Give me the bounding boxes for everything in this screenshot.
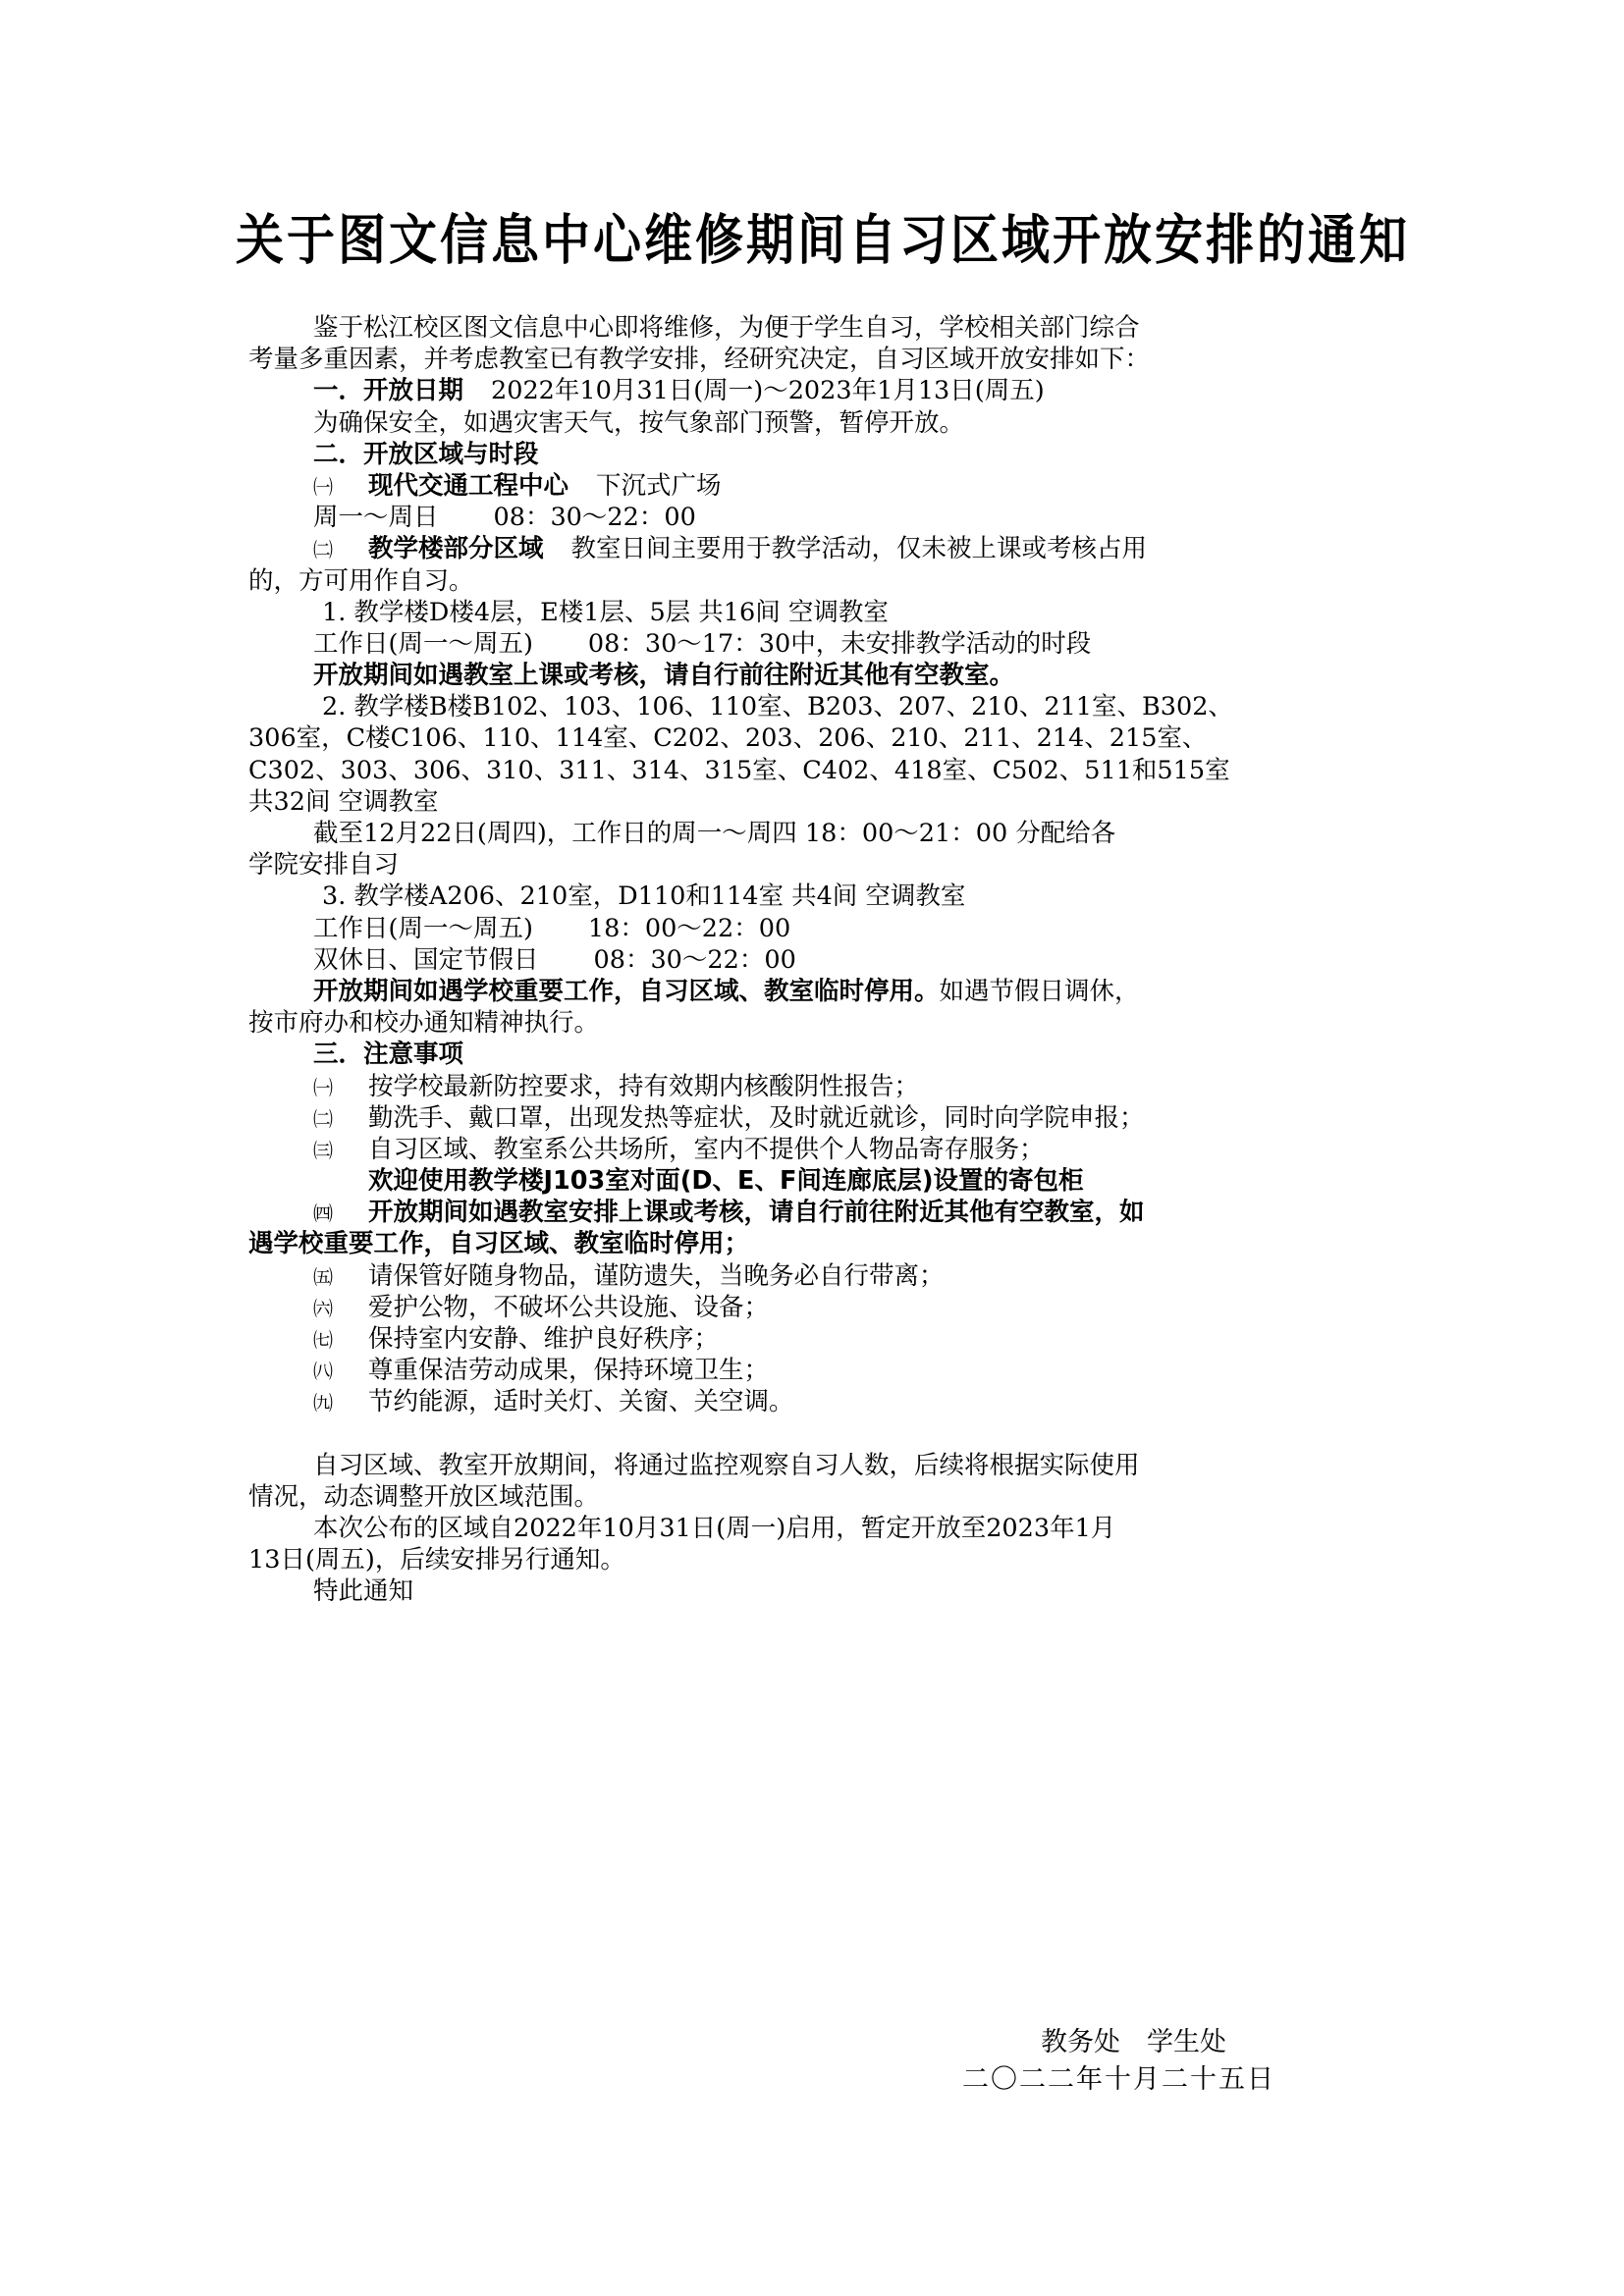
item3-weekday-line: 工作日(周一～周五)18：00～22：00	[248, 913, 1387, 944]
closing-para1-line2: 情况，动态调整开放区域范围。	[248, 1481, 1387, 1513]
part1-hours-line: 周一～周日08：30～22：00	[248, 502, 1387, 533]
signature-issuers: 教务处 学生处	[1041, 2024, 1226, 2061]
notice-item-4: ㈣开放期间如遇教室安排上课或考核，请自行前往附近其他有空教室，如	[248, 1197, 1387, 1228]
notice-item-4-marker: ㈣	[313, 1198, 368, 1229]
document-body: 鉴于松江校区图文信息中心即将维修，为便于学生自习，学校相关部门综合 考量多重因素…	[248, 312, 1387, 1608]
part2-heading-line: ㈡教学楼部分区域教室日间主要用于教学活动，仅未被上课或考核占用	[248, 533, 1387, 564]
document-title: 关于图文信息中心维修期间自习区域开放安排的通知	[236, 208, 1394, 274]
locker-note: 欢迎使用教学楼J103室对面(D、E、F间连廊底层)设置的寄包柜	[248, 1165, 1387, 1197]
notice-item-9-text: 节约能源，适时关灯、关窗、关空调。	[368, 1387, 794, 1416]
notice-item-3-text: 自习区域、教室系公共场所，室内不提供个人物品寄存服务；	[368, 1135, 1045, 1164]
item3-weekend-hours: 08：30～22：00	[594, 945, 796, 975]
section2-closing-line-2: 按市府办和校办通知精神执行。	[248, 1007, 1387, 1039]
notice-item-5: ㈤请保管好随身物品，谨防遗失，当晚务必自行带离；	[248, 1260, 1387, 1292]
notice-item-6-marker: ㈥	[313, 1293, 368, 1324]
closing-para2-line1: 本次公布的区域自2022年10月31日(周一)启用，暂定开放至2023年1月	[248, 1513, 1387, 1544]
notice-item-7: ㈦保持室内安静、维护良好秩序；	[248, 1323, 1387, 1355]
notice-item-2-text: 勤洗手、戴口罩，出现发热等症状，及时就近就诊，同时向学院申报；	[368, 1103, 1145, 1133]
part1-marker: ㈠	[313, 471, 368, 503]
part1-name: 现代交通工程中心	[368, 471, 568, 501]
section2-heading: 二．开放区域与时段	[248, 439, 1387, 470]
part1-location: 下沉式广场	[596, 471, 722, 501]
section2-closing-bold: 开放期间如遇学校重要工作，自习区域、教室临时停用。	[313, 977, 940, 1006]
notice-page: 关于图文信息中心维修期间自习区域开放安排的通知 鉴于松江校区图文信息中心即将维修…	[0, 0, 1624, 2296]
part2-marker: ㈡	[313, 534, 368, 565]
item1-line: 1. 教学楼D楼4层，E楼1层、5层 共16间 空调教室	[248, 597, 1387, 628]
item2-line-3: C302、303、306、310、311、314、315室、C402、418室、…	[248, 755, 1387, 786]
item1-hours-line: 工作日(周一～周五)08：30～17：30中，未安排教学活动的时段	[248, 628, 1387, 660]
notice-item-6: ㈥爱护公物，不破坏公共设施、设备；	[248, 1292, 1387, 1323]
section2-closing-line-1: 开放期间如遇学校重要工作，自习区域、教室临时停用。如遇节假日调休，	[248, 976, 1387, 1007]
section1-heading-line: 一．开放日期2022年10月31日(周一)～2023年1月13日(周五)	[248, 375, 1387, 406]
section3-heading: 三．注意事项	[248, 1039, 1387, 1070]
notice-item-7-marker: ㈦	[313, 1324, 368, 1356]
notice-item-9: ㈨节约能源，适时关灯、关窗、关空调。	[248, 1386, 1387, 1417]
notice-item-1: ㈠按学校最新防控要求，持有效期内核酸阴性报告；	[248, 1071, 1387, 1102]
section2-closing-rest: 如遇节假日调休，	[940, 977, 1140, 1006]
part1-hours: 08：30～22：00	[494, 503, 696, 532]
notice-item-9-marker: ㈨	[313, 1387, 368, 1418]
item3-weekend-label: 双休日、国定节假日	[313, 945, 539, 975]
part2-desc-2: 的，方可用作自习。	[248, 565, 1387, 597]
item3-line: 3. 教学楼A206、210室，D110和114室 共4间 空调教室	[248, 881, 1387, 912]
intro-line-2: 考量多重因素，并考虑教室已有教学安排，经研究决定，自习区域开放安排如下：	[248, 344, 1387, 375]
section1-heading: 一．开放日期	[313, 376, 463, 405]
item3-weekday-label: 工作日(周一～周五)	[313, 914, 533, 943]
item2-schedule-1: 截至12月22日(周四)，工作日的周一～周四 18：00～21：00 分配给各	[248, 818, 1387, 849]
notice-item-2: ㈡勤洗手、戴口罩，出现发热等症状，及时就近就诊，同时向学院申报；	[248, 1102, 1387, 1134]
weather-note: 为确保安全，如遇灾害天气，按气象部门预警，暂停开放。	[248, 407, 1387, 439]
notice-item-1-marker: ㈠	[313, 1072, 368, 1103]
notice-item-8: ㈧尊重保洁劳动成果，保持环境卫生；	[248, 1355, 1387, 1386]
notice-item-8-text: 尊重保洁劳动成果，保持环境卫生；	[368, 1356, 769, 1385]
part1-heading-line: ㈠现代交通工程中心下沉式广场	[248, 470, 1387, 502]
closing-para3: 特此通知	[248, 1575, 1387, 1607]
signature-date: 二〇二二年十月二十五日	[962, 2061, 1275, 2099]
item2-line-4: 共32间 空调教室	[248, 786, 1387, 818]
notice-item-4-text-1: 开放期间如遇教室安排上课或考核，请自行前往附近其他有空教室，如	[368, 1198, 1145, 1227]
notice-item-1-text: 按学校最新防控要求，持有效期内核酸阴性报告；	[368, 1072, 919, 1101]
paragraph-spacer	[248, 1418, 1387, 1450]
part2-name: 教学楼部分区域	[368, 534, 544, 563]
item3-weekday-hours: 18：00～22：00	[588, 914, 790, 943]
notice-item-2-marker: ㈡	[313, 1103, 368, 1135]
notice-item-7-text: 保持室内安静、维护良好秩序；	[368, 1324, 719, 1354]
item1-warning: 开放期间如遇教室上课或考核，请自行前往附近其他有空教室。	[248, 660, 1387, 691]
notice-item-3-marker: ㈢	[313, 1135, 368, 1166]
notice-item-3: ㈢自习区域、教室系公共场所，室内不提供个人物品寄存服务；	[248, 1134, 1387, 1165]
item2-line-1: 2. 教学楼B楼B102、103、106、110室、B203、207、210、2…	[248, 691, 1387, 722]
item3-weekend-line: 双休日、国定节假日08：30～22：00	[248, 944, 1387, 976]
item1-hours: 08：30～17：30中，未安排教学活动的时段	[588, 629, 1091, 659]
notice-item-5-marker: ㈤	[313, 1261, 368, 1293]
item1-days: 工作日(周一～周五)	[313, 629, 533, 659]
intro-line-1: 鉴于松江校区图文信息中心即将维修，为便于学生自习，学校相关部门综合	[248, 312, 1387, 344]
notice-item-4-text-2: 遇学校重要工作，自习区域、教室临时停用；	[248, 1228, 1387, 1259]
part1-days: 周一～周日	[313, 503, 439, 532]
item2-schedule-2: 学院安排自习	[248, 849, 1387, 881]
closing-para2-line2: 13日(周五)，后续安排另行通知。	[248, 1544, 1387, 1575]
notice-item-8-marker: ㈧	[313, 1356, 368, 1387]
open-dates: 2022年10月31日(周一)～2023年1月13日(周五)	[491, 376, 1045, 405]
part2-desc-1: 教室日间主要用于教学活动，仅未被上课或考核占用	[571, 534, 1148, 563]
closing-para1-line1: 自习区域、教室开放期间，将通过监控观察自习人数，后续将根据实际使用	[248, 1450, 1387, 1481]
notice-item-5-text: 请保管好随身物品，谨防遗失，当晚务必自行带离；	[368, 1261, 945, 1291]
item2-line-2: 306室，C楼C106、110、114室、C202、203、206、210、21…	[248, 722, 1387, 754]
notice-item-6-text: 爱护公物，不破坏公共设施、设备；	[368, 1293, 769, 1322]
